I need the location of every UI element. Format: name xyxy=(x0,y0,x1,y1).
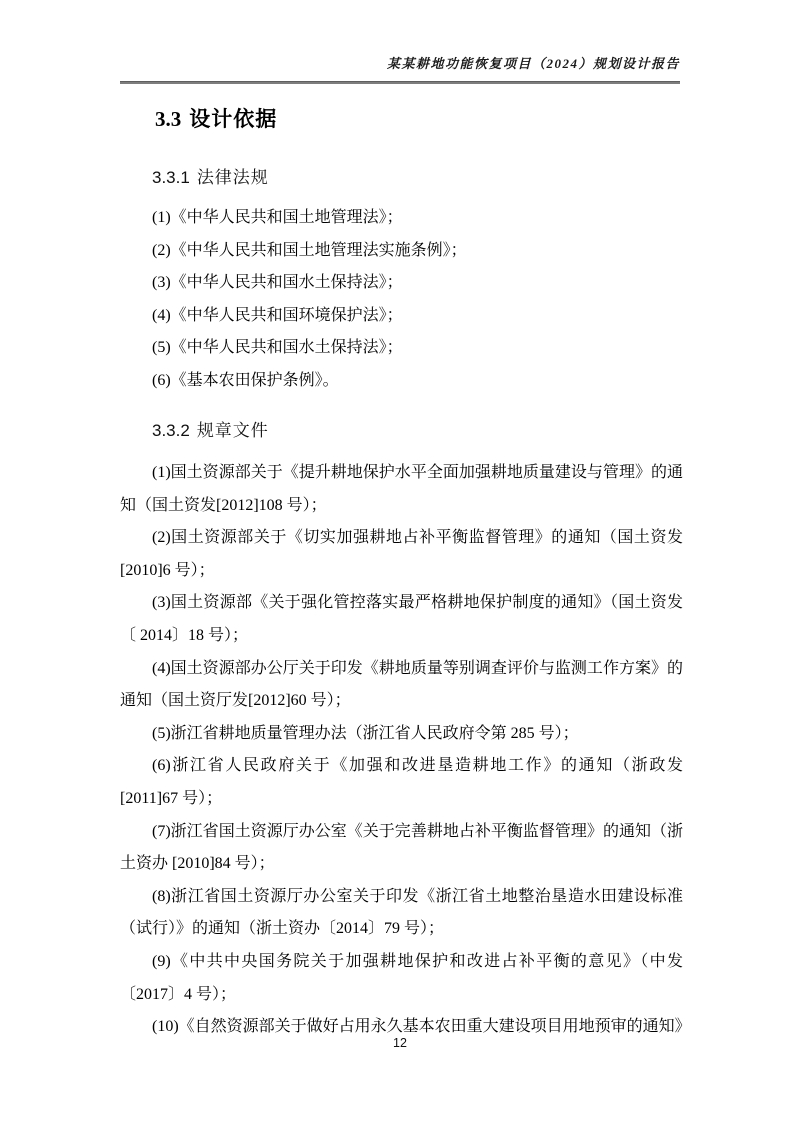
regulation-item: (2)国土资源部关于《切实加强耕地占补平衡监督管理》的通知（国土资发[2010]… xyxy=(120,522,683,587)
regulation-item: (4)国土资源部办公厅关于印发《耕地质量等别调查评价与监测工作方案》的通知（国土… xyxy=(120,653,683,718)
section-heading: 3.3设计依据 xyxy=(155,103,277,133)
law-item: (6)《基本农田保护条例》。 xyxy=(120,365,683,398)
header-rule xyxy=(120,81,680,84)
subsection-heading-regulations: 3.3.2规章文件 xyxy=(152,416,269,441)
regulation-item: (8)浙江省国土资源厅办公室关于印发《浙江省土地整治垦造水田建设标准（试行）》的… xyxy=(120,881,683,946)
header-title: 某某耕地功能恢复项目（2024）规划设计报告 xyxy=(120,53,680,72)
law-item: (2)《中华人民共和国土地管理法实施条例》； xyxy=(120,235,683,268)
section-number: 3.3 xyxy=(155,107,181,131)
law-item: (1)《中华人民共和国土地管理法》； xyxy=(120,202,683,235)
document-page: 某某耕地功能恢复项目（2024）规划设计报告 3.3设计依据 3.3.1法律法规… xyxy=(0,0,800,1132)
regulation-item: (1)国土资源部关于《提升耕地保护水平全面加强耕地质量建设与管理》的通知（国土资… xyxy=(120,457,683,522)
law-item: (4)《中华人民共和国环境保护法》； xyxy=(120,300,683,333)
law-item: (3)《中华人民共和国水土保持法》； xyxy=(120,267,683,300)
subsection-title: 法律法规 xyxy=(197,168,269,187)
subsection-number: 3.3.2 xyxy=(152,421,190,440)
regulation-item: (5)浙江省耕地质量管理办法（浙江省人民政府令第 285 号）； xyxy=(120,718,683,751)
subsection-number: 3.3.1 xyxy=(152,168,190,187)
page-number: 12 xyxy=(393,1036,407,1050)
subsection-heading-laws: 3.3.1法律法规 xyxy=(152,163,269,188)
regulation-item: (3)国土资源部《关于强化管控落实最严格耕地保护制度的通知》（国土资发〔 201… xyxy=(120,587,683,652)
law-list: (1)《中华人民共和国土地管理法》； (2)《中华人民共和国土地管理法实施条例》… xyxy=(120,202,683,398)
section-title: 设计依据 xyxy=(189,108,277,131)
law-item: (5)《中华人民共和国水土保持法》； xyxy=(120,332,683,365)
regulation-list: (1)国土资源部关于《提升耕地保护水平全面加强耕地质量建设与管理》的通知（国土资… xyxy=(120,457,683,1044)
regulation-item: (6)浙江省人民政府关于《加强和改进垦造耕地工作》的通知（浙政发[2011]67… xyxy=(120,750,683,815)
regulation-item: (7)浙江省国土资源厅办公室《关于完善耕地占补平衡监督管理》的通知（浙土资办 [… xyxy=(120,816,683,881)
page-footer: 12 xyxy=(0,1036,800,1050)
regulation-item: (9)《中共中央国务院关于加强耕地保护和改进占补平衡的意见》（中发〔2017〕4… xyxy=(120,946,683,1011)
subsection-title: 规章文件 xyxy=(197,421,269,440)
